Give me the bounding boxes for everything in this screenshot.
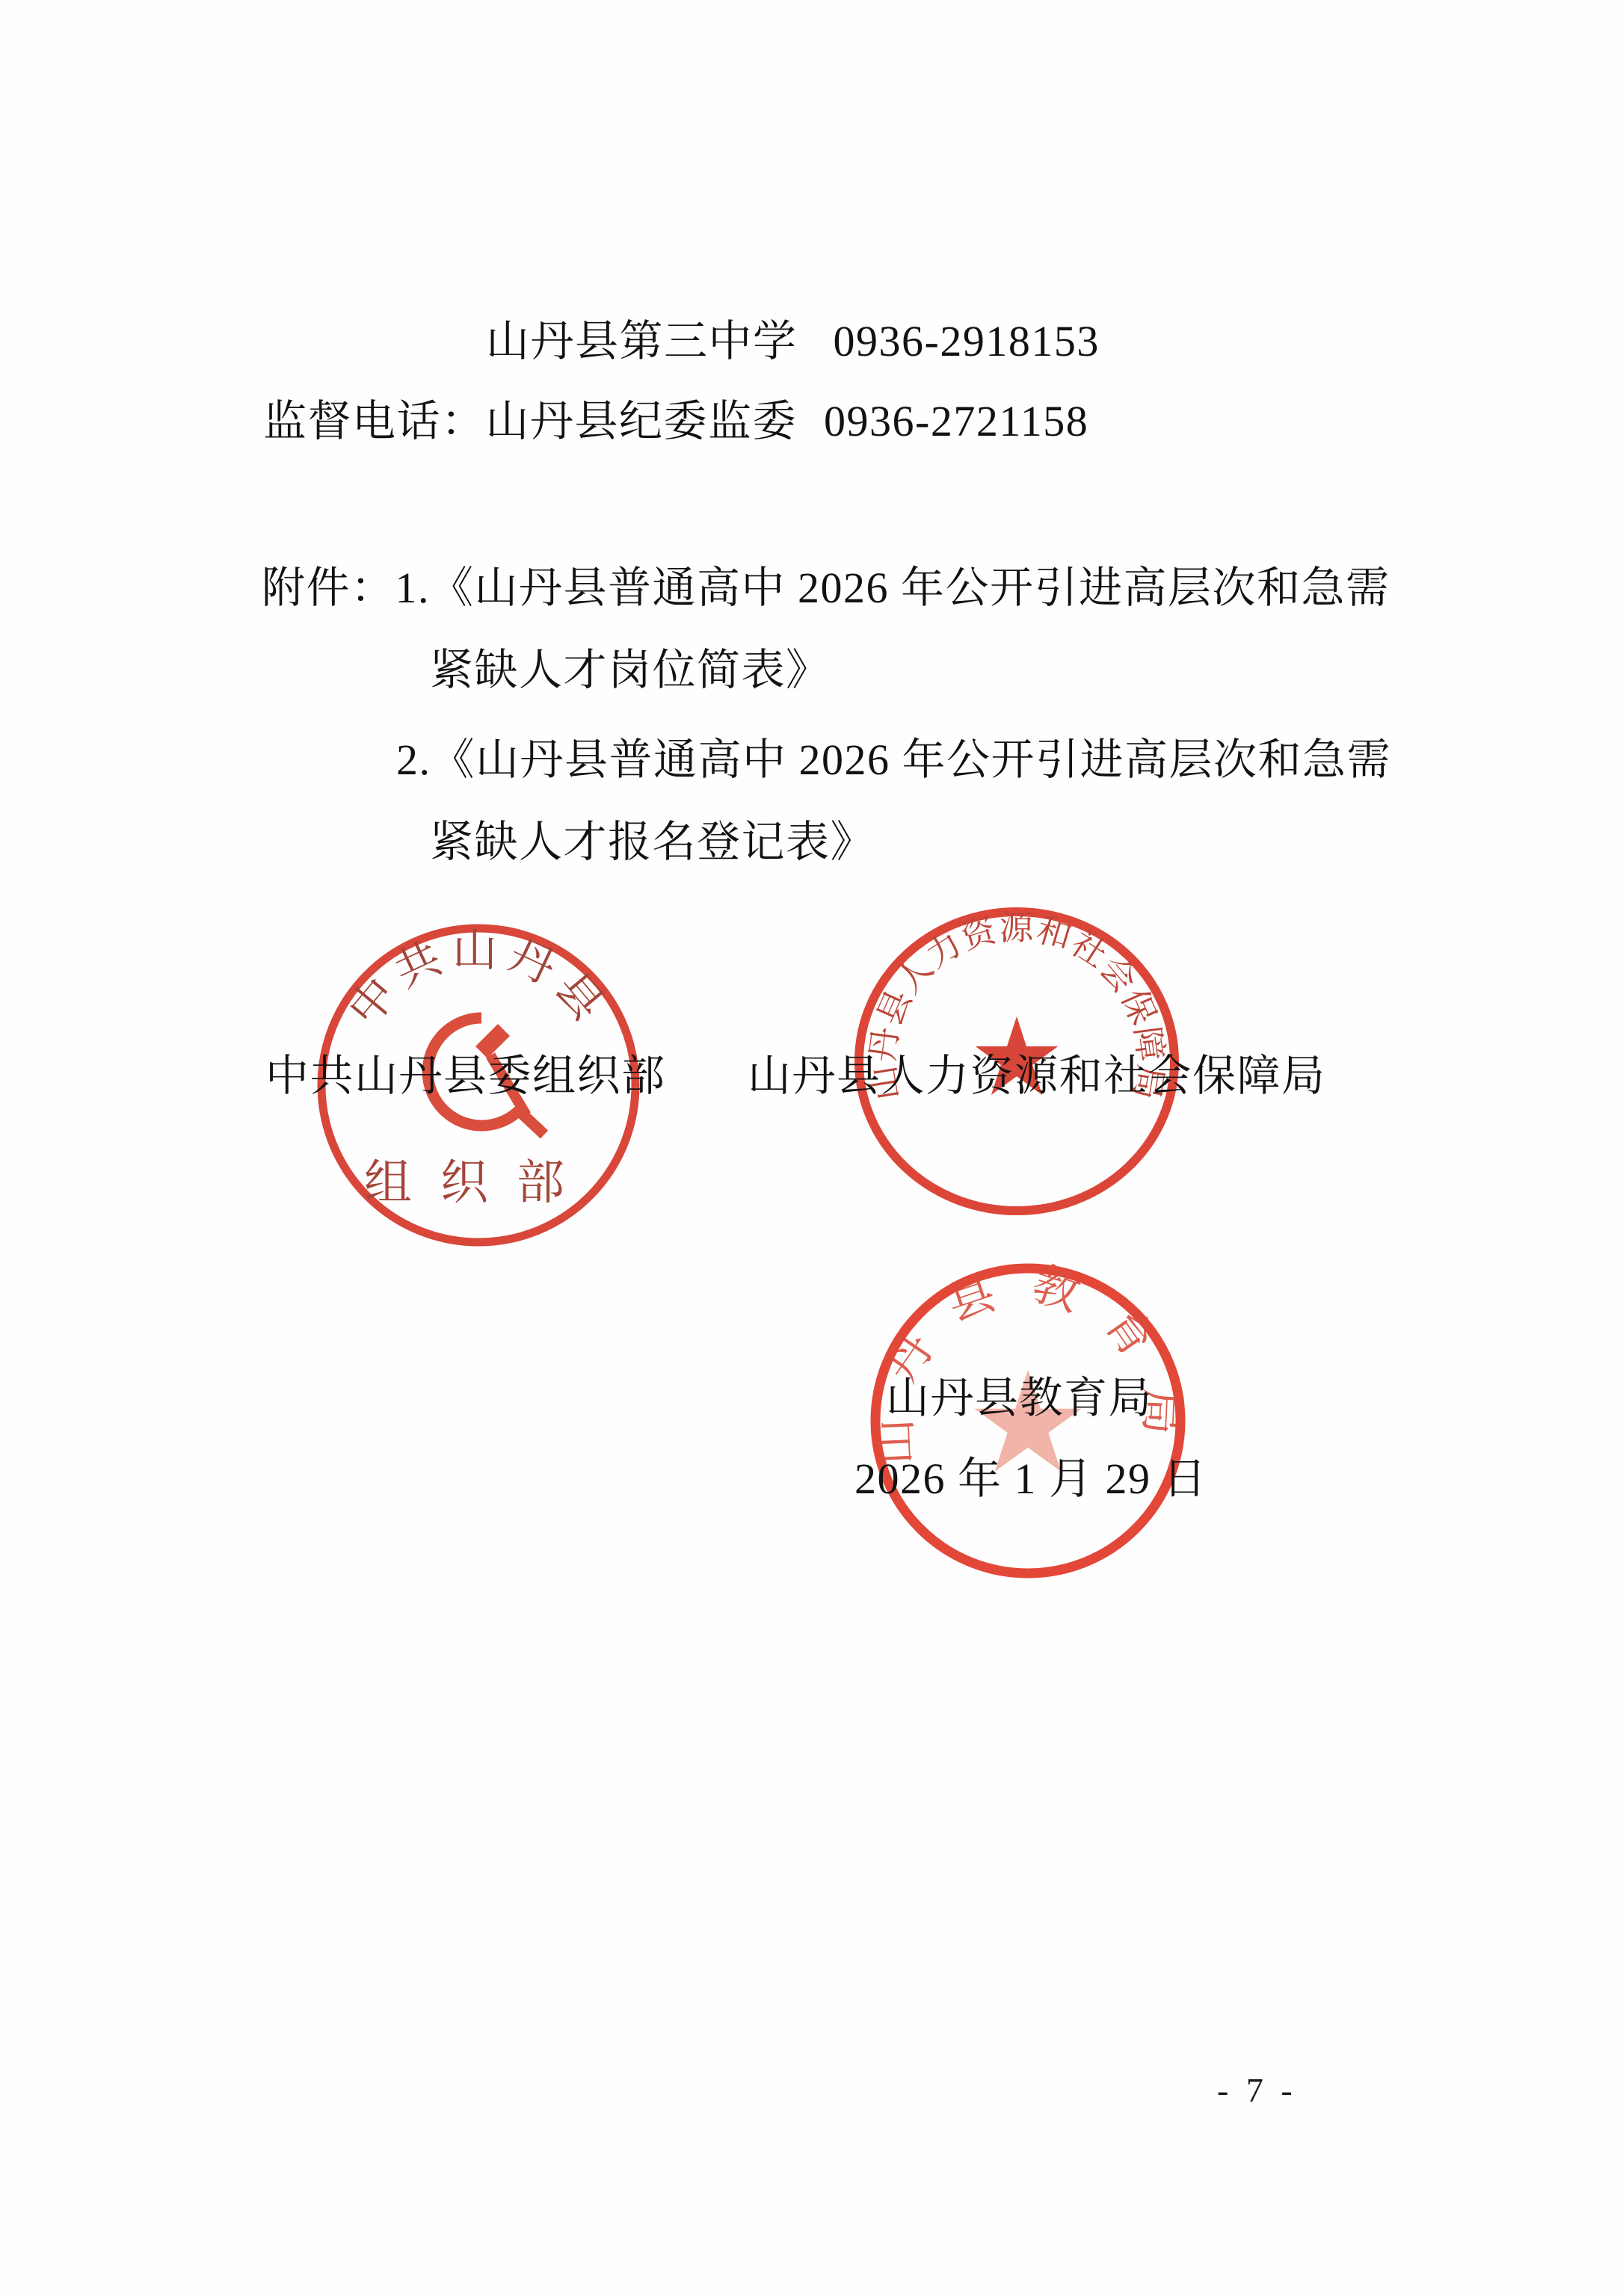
scanned-document-page: 中共山丹县 组织部 山丹县人力资源和社会保障局 山丹县教育局 xyxy=(0,0,1623,2296)
attachment1-number: 1. xyxy=(395,564,431,612)
attachment2-title-part2: 紧缺人才报名登记表》 xyxy=(430,818,875,866)
supervision-org: 山丹县纪委监委 xyxy=(486,397,798,445)
supervision-phone: 0936-2721158 xyxy=(824,397,1088,445)
signer-org2: 山丹县人力资源和社会保障局 xyxy=(748,1053,1326,1099)
signer-org3-name: 山丹县教育局 xyxy=(886,1374,1153,1422)
attachment-item1-line1: 附件：1.《山丹县普通高中 2026 年公开引进高层次和急需 xyxy=(262,565,1391,611)
attachments-label: 附件： xyxy=(262,564,395,612)
seal1-bottom-text: 组织部 xyxy=(364,1156,593,1209)
signature-date-text: 2026 年 1 月 29 日 xyxy=(854,1454,1207,1503)
attachment1-title-part2: 紧缺人才岗位简表》 xyxy=(430,646,831,694)
attachment-item2-line1: 2.《山丹县普通高中 2026 年公开引进高层次和急需 xyxy=(396,737,1391,783)
school-name: 山丹县第三中学 xyxy=(486,317,798,365)
attachment2-number: 2. xyxy=(396,735,431,784)
signer-org1-name: 中共山丹县委组织部 xyxy=(265,1052,666,1100)
page-number-text: - 7 - xyxy=(1217,2071,1297,2109)
school-contact-line: 山丹县第三中学0936-2918153 xyxy=(486,318,1100,365)
signer-org1: 中共山丹县委组织部 xyxy=(265,1053,666,1099)
supervision-contact-line: 监督电话：山丹县纪委监委0936-2721158 xyxy=(263,398,1088,445)
supervision-label: 监督电话： xyxy=(263,397,486,445)
school-phone: 0936-2918153 xyxy=(834,317,1100,365)
attachment2-title-part1: 《山丹县普通高中 2026 年公开引进高层次和急需 xyxy=(431,735,1392,784)
attachment-item2-line2: 紧缺人才报名登记表》 xyxy=(430,819,875,865)
page-number: - 7 - xyxy=(1217,2070,1297,2110)
signature-date: 2026 年 1 月 29 日 xyxy=(854,1456,1207,1502)
attachment1-title-part1: 《山丹县普通高中 2026 年公开引进高层次和急需 xyxy=(430,564,1391,612)
signer-org3: 山丹县教育局 xyxy=(886,1375,1153,1422)
attachment-item1-line2: 紧缺人才岗位简表》 xyxy=(430,647,831,694)
signer-org2-name: 山丹县人力资源和社会保障局 xyxy=(748,1052,1326,1100)
